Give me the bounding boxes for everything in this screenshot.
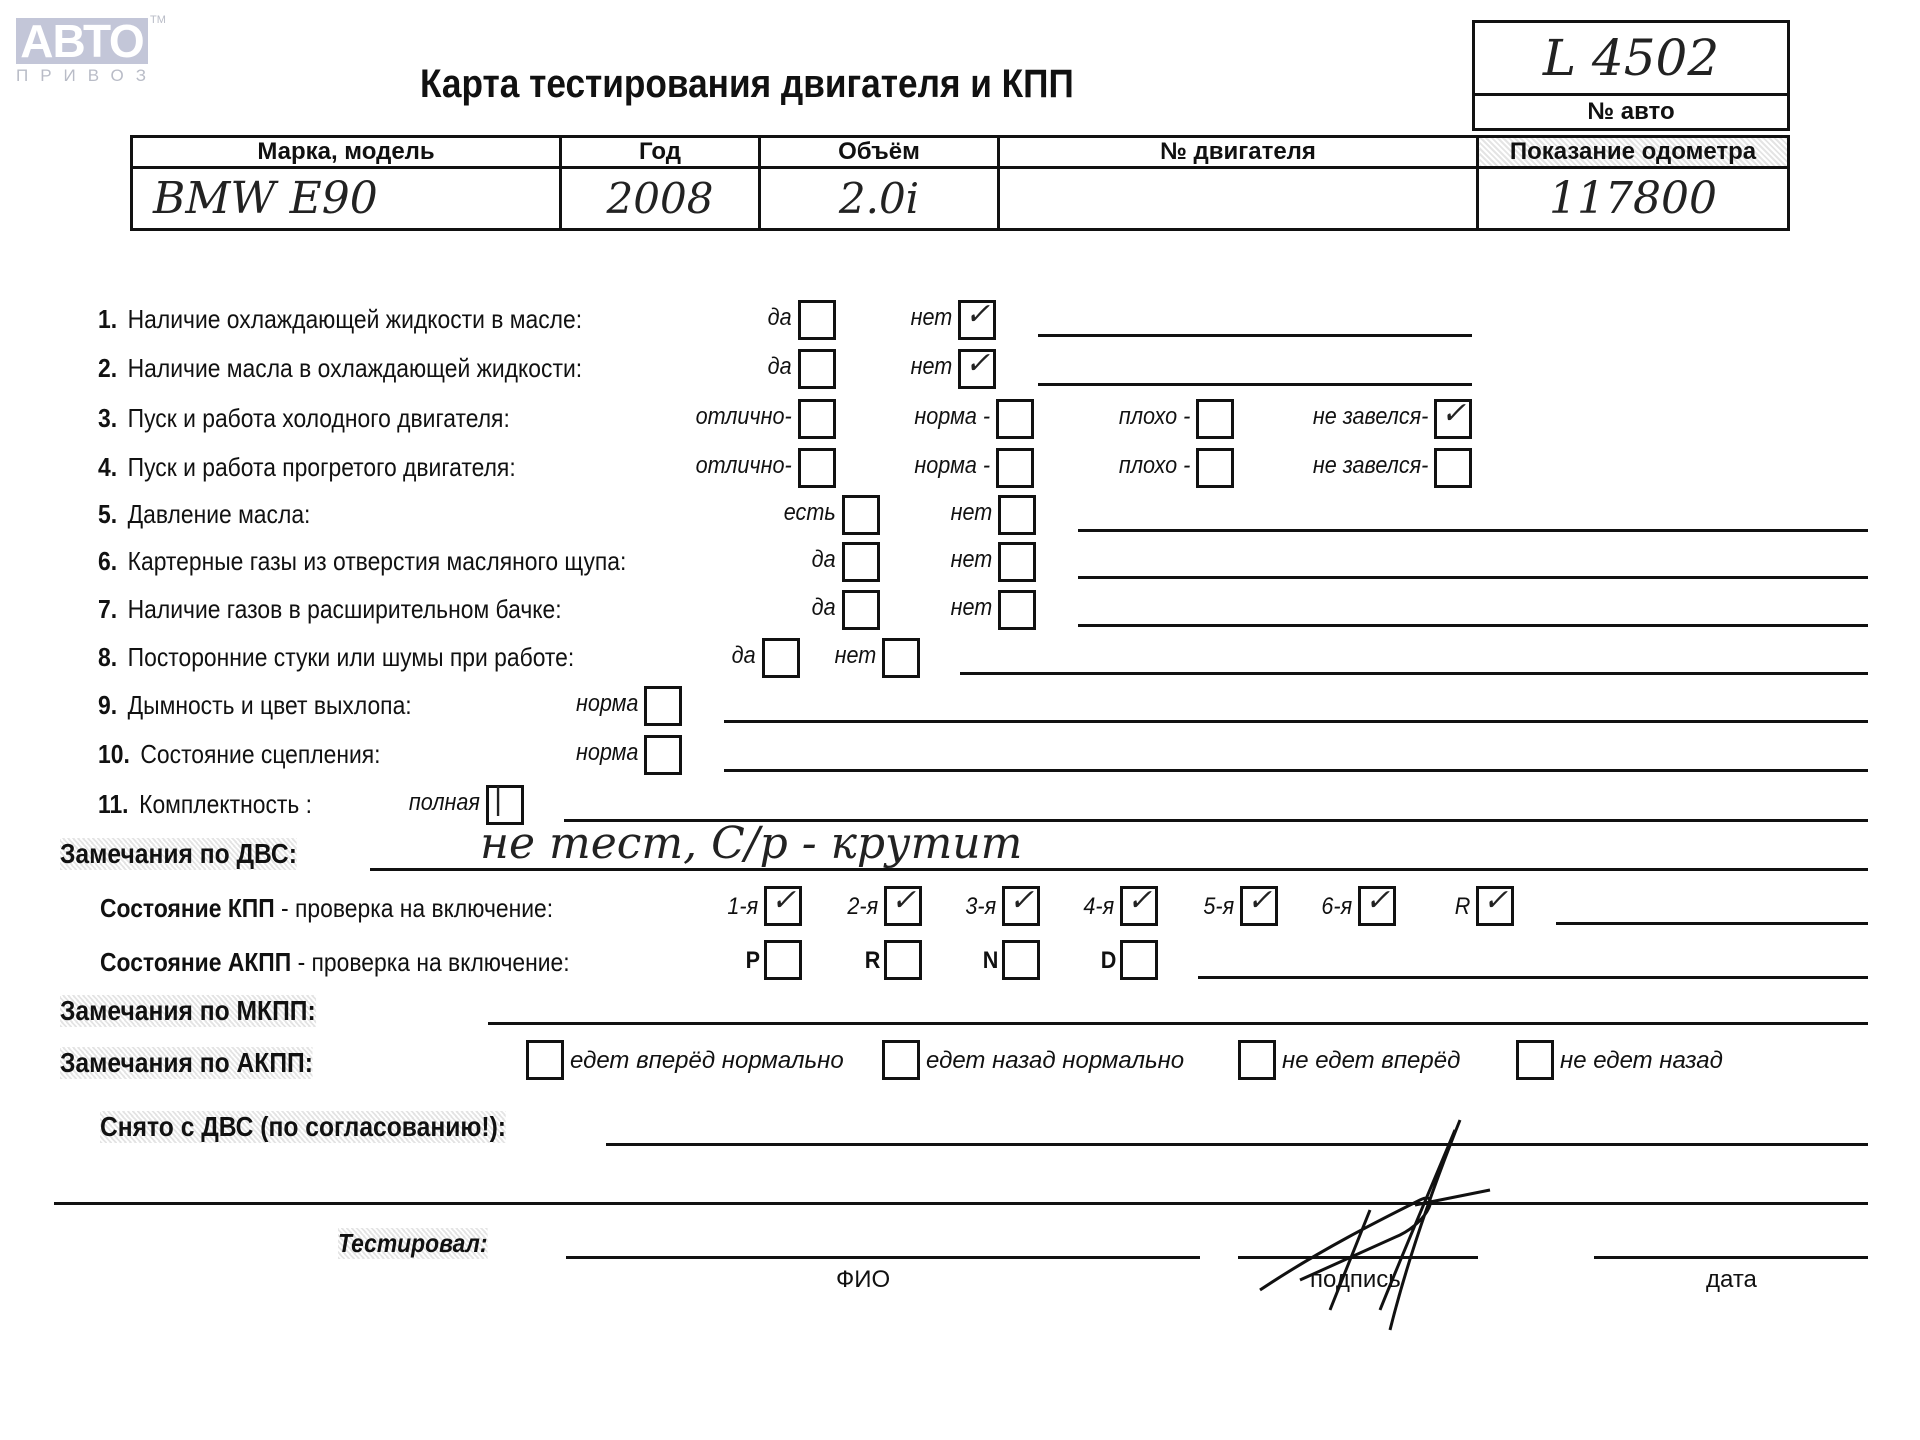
tester-label: Тестировал:	[338, 1228, 487, 1259]
option-label: да	[768, 353, 792, 381]
option-label: да	[768, 304, 792, 332]
item-text: Наличие охлаждающей жидкости в масле:	[128, 304, 582, 334]
col-header-year: Год	[561, 137, 760, 168]
dvs-remarks-label: Замечания по ДВС:	[60, 838, 297, 870]
car-number-box: L 4502 № авто	[1472, 20, 1790, 131]
gear-label: 1-я	[727, 893, 758, 921]
col-header-odometer: Показание одометра	[1478, 137, 1789, 168]
checkbox[interactable]: ✓	[1434, 399, 1472, 439]
option-label: норма	[576, 690, 638, 718]
remarks-line[interactable]	[1038, 383, 1472, 386]
item-number: 8.	[98, 642, 117, 672]
option-label: нет	[910, 353, 952, 381]
checkbox[interactable]	[644, 735, 682, 775]
year-value[interactable]: 2008	[607, 174, 714, 223]
option-label: плохо -	[1119, 452, 1190, 480]
col-header-make-model: Марка, модель	[132, 137, 561, 168]
item-number: 2.	[98, 353, 117, 383]
signature-scribble-icon	[1240, 1110, 1500, 1340]
item-text: Картерные газы из отверстия масляного щу…	[128, 546, 627, 576]
option-label: норма -	[914, 452, 990, 480]
trademark-mark: TM	[150, 14, 166, 26]
option-label: нет	[834, 642, 876, 670]
check-mark-icon: ✓	[965, 346, 990, 381]
checkbox[interactable]	[996, 448, 1034, 488]
remarks-line[interactable]	[1078, 576, 1868, 579]
option-label: нет	[950, 546, 992, 574]
check-mark-icon: ✓	[1247, 883, 1272, 918]
item-number: 10.	[98, 739, 130, 769]
option-label: нет	[950, 594, 992, 622]
item-number: 1.	[98, 304, 117, 334]
option-label: норма	[576, 739, 638, 767]
checkbox[interactable]	[762, 638, 800, 678]
brand-logo-subtitle: ПРИВОЗ	[16, 66, 156, 86]
option-label: отлично-	[696, 403, 792, 431]
checkbox[interactable]	[998, 495, 1036, 535]
checklist-item-label: 2.Наличие масла в охлаждающей жидкости:	[98, 353, 582, 384]
check-mark-icon: ✓	[1365, 883, 1390, 918]
gear-label: R	[1454, 893, 1470, 921]
item-text: Комплектность :	[139, 789, 312, 819]
gear-checkbox[interactable]	[764, 940, 802, 980]
gear-label: 5-я	[1203, 893, 1234, 921]
item-text: Дымность и цвет выхлопа:	[128, 690, 412, 720]
option-label: да	[732, 642, 756, 670]
remarks-line[interactable]	[960, 672, 1868, 675]
akpp-remark-checkbox[interactable]	[1516, 1040, 1554, 1080]
checkbox[interactable]	[882, 638, 920, 678]
kpp-remarks-line	[1556, 922, 1868, 925]
kpp-label-rest: - проверка на включение:	[275, 893, 553, 923]
check-mark-icon: ✓	[1009, 883, 1034, 918]
gear-label: N	[982, 947, 998, 975]
gear-checkbox[interactable]: ✓	[1476, 886, 1514, 926]
checklist-item-label: 4.Пуск и работа прогретого двигателя:	[98, 452, 516, 483]
option-label: плохо -	[1119, 403, 1190, 431]
car-number-value[interactable]: L 4502	[1543, 29, 1719, 87]
dvs-remarks-value[interactable]: не тест, С/р - крутит	[480, 818, 1022, 869]
checkbox[interactable]	[1196, 448, 1234, 488]
option-label: есть	[784, 499, 836, 527]
checkbox[interactable]: ✓	[958, 349, 996, 389]
option-label: да	[812, 546, 836, 574]
check-mark-icon: ✓	[1127, 883, 1152, 918]
option-label: полная	[409, 789, 480, 817]
item-number: 5.	[98, 499, 117, 529]
volume-value[interactable]: 2.0i	[839, 174, 919, 223]
item-number: 9.	[98, 690, 117, 720]
kpp-label: Состояние КПП - проверка на включение:	[100, 893, 553, 924]
checkbox[interactable]	[1434, 448, 1472, 488]
brand-logo: АВТО	[16, 18, 148, 64]
date-line[interactable]	[1594, 1256, 1868, 1259]
col-header-engine-number: № двигателя	[999, 137, 1478, 168]
akpp-label-rest: - проверка на включение:	[291, 947, 569, 977]
akpp-remark-checkbox[interactable]	[1238, 1040, 1276, 1080]
akpp-remark-option-label: едет вперёд нормально	[570, 1047, 844, 1075]
gear-checkbox[interactable]: ✓	[764, 886, 802, 926]
date-caption: дата	[1706, 1266, 1757, 1294]
check-mark-icon: ✓	[771, 883, 796, 918]
checkbox[interactable]	[842, 495, 880, 535]
checkbox[interactable]	[798, 448, 836, 488]
item-text: Посторонние стуки или шумы при работе:	[128, 642, 575, 672]
akpp-remark-checkbox[interactable]	[526, 1040, 564, 1080]
remarks-line[interactable]	[1078, 624, 1868, 627]
gear-label: 6-я	[1321, 893, 1352, 921]
akpp-remarks-line	[1198, 976, 1868, 979]
item-text: Состояние сцепления:	[140, 739, 380, 769]
option-label: норма -	[914, 403, 990, 431]
remarks-line[interactable]	[1078, 529, 1868, 532]
gear-label: 2-я	[847, 893, 878, 921]
item-number: 7.	[98, 594, 117, 624]
checkbox[interactable]	[1196, 399, 1234, 439]
item-number: 3.	[98, 403, 117, 433]
item-text: Наличие газов в расширительном бачке:	[128, 594, 562, 624]
akpp-label: Состояние АКПП - проверка на включение:	[100, 947, 570, 978]
vehicle-info-table: Марка, модель Год Объём № двигателя Пока…	[130, 135, 1790, 231]
checkbox[interactable]	[998, 542, 1036, 582]
gear-checkbox[interactable]: ✓	[1358, 886, 1396, 926]
item-text: Давление масла:	[128, 499, 311, 529]
removed-line	[606, 1143, 1868, 1146]
gear-checkbox[interactable]: ✓	[884, 886, 922, 926]
kpp-label-bold: Состояние КПП	[100, 893, 275, 923]
checkbox[interactable]	[842, 542, 880, 582]
gear-label: D	[1100, 947, 1116, 975]
item-number: 4.	[98, 452, 117, 482]
page-title: Карта тестирования двигателя и КПП	[420, 62, 1074, 107]
fio-caption: ФИО	[836, 1266, 890, 1294]
fio-line[interactable]	[566, 1256, 1200, 1259]
checkbox[interactable]: ✓	[958, 300, 996, 340]
mkpp-remarks-line	[488, 1022, 1868, 1025]
checkbox[interactable]	[842, 590, 880, 630]
checkbox[interactable]	[996, 399, 1034, 439]
check-mark-icon: ✓	[1483, 883, 1508, 918]
item-text: Пуск и работа прогретого двигателя:	[128, 452, 516, 482]
checklist-item-label: 8.Посторонние стуки или шумы при работе:	[98, 642, 574, 673]
checklist-item-label: 6.Картерные газы из отверстия масляного …	[98, 546, 626, 577]
option-label: нет	[950, 499, 992, 527]
checkbox[interactable]	[798, 349, 836, 389]
akpp-remarks-label: Замечания по АКПП:	[60, 1047, 313, 1079]
odometer-value[interactable]: 117800	[1549, 173, 1717, 224]
make-model-value[interactable]: BMW E90	[153, 173, 378, 224]
gear-label: 4-я	[1083, 893, 1114, 921]
checklist-item-label: 9.Дымность и цвет выхлопа:	[98, 690, 412, 721]
item-text: Пуск и работа холодного двигателя:	[128, 403, 510, 433]
checklist-item-label: 7.Наличие газов в расширительном бачке:	[98, 594, 562, 625]
item-text: Наличие масла в охлаждающей жидкости:	[128, 353, 582, 383]
checklist-item-label: 11.Комплектность :	[98, 789, 312, 820]
checkbox[interactable]	[998, 590, 1036, 630]
akpp-remark-option-label: не едет вперёд	[1282, 1047, 1460, 1075]
remarks-line[interactable]	[724, 769, 1868, 772]
mkpp-remarks-label: Замечания по МКПП:	[60, 995, 316, 1027]
gear-label: 3-я	[965, 893, 996, 921]
akpp-label-bold: Состояние АКПП	[100, 947, 291, 977]
gear-checkbox[interactable]	[1120, 940, 1158, 980]
check-mark-icon: ✓	[891, 883, 916, 918]
gear-checkbox[interactable]: ✓	[1240, 886, 1278, 926]
checklist-item-label: 10.Состояние сцепления:	[98, 739, 381, 770]
akpp-remark-option-label: не едет назад	[1560, 1047, 1723, 1075]
remarks-line[interactable]	[1038, 334, 1472, 337]
item-number: 6.	[98, 546, 117, 576]
removed-label: Снято с ДВС (по согласованию!):	[100, 1111, 506, 1143]
gear-label: P	[746, 947, 760, 975]
checkbox[interactable]	[644, 686, 682, 726]
option-label: не завелся-	[1312, 403, 1428, 431]
check-mark-icon: ✓	[965, 297, 990, 332]
gear-label: R	[864, 947, 880, 975]
checkbox[interactable]	[798, 300, 836, 340]
col-header-volume: Объём	[760, 137, 999, 168]
option-label: отлично-	[696, 452, 792, 480]
akpp-remark-option-label: едет назад нормально	[926, 1047, 1184, 1075]
item-number: 11.	[98, 789, 129, 819]
separator-line	[54, 1202, 1868, 1205]
option-label: да	[812, 594, 836, 622]
car-number-label: № авто	[1474, 95, 1789, 130]
option-label: нет	[910, 304, 952, 332]
checklist-item-label: 3.Пуск и работа холодного двигателя:	[98, 403, 510, 434]
check-mark-icon: |	[493, 782, 503, 817]
gear-checkbox[interactable]: ✓	[1002, 886, 1040, 926]
checklist-item-label: 5.Давление масла:	[98, 499, 310, 530]
checkbox[interactable]	[798, 399, 836, 439]
remarks-line[interactable]	[724, 720, 1868, 723]
gear-checkbox[interactable]	[884, 940, 922, 980]
gear-checkbox[interactable]: ✓	[1120, 886, 1158, 926]
gear-checkbox[interactable]	[1002, 940, 1040, 980]
check-mark-icon: ✓	[1441, 396, 1466, 431]
option-label: не завелся-	[1312, 452, 1428, 480]
akpp-remark-checkbox[interactable]	[882, 1040, 920, 1080]
checklist-item-label: 1.Наличие охлаждающей жидкости в масле:	[98, 304, 582, 335]
